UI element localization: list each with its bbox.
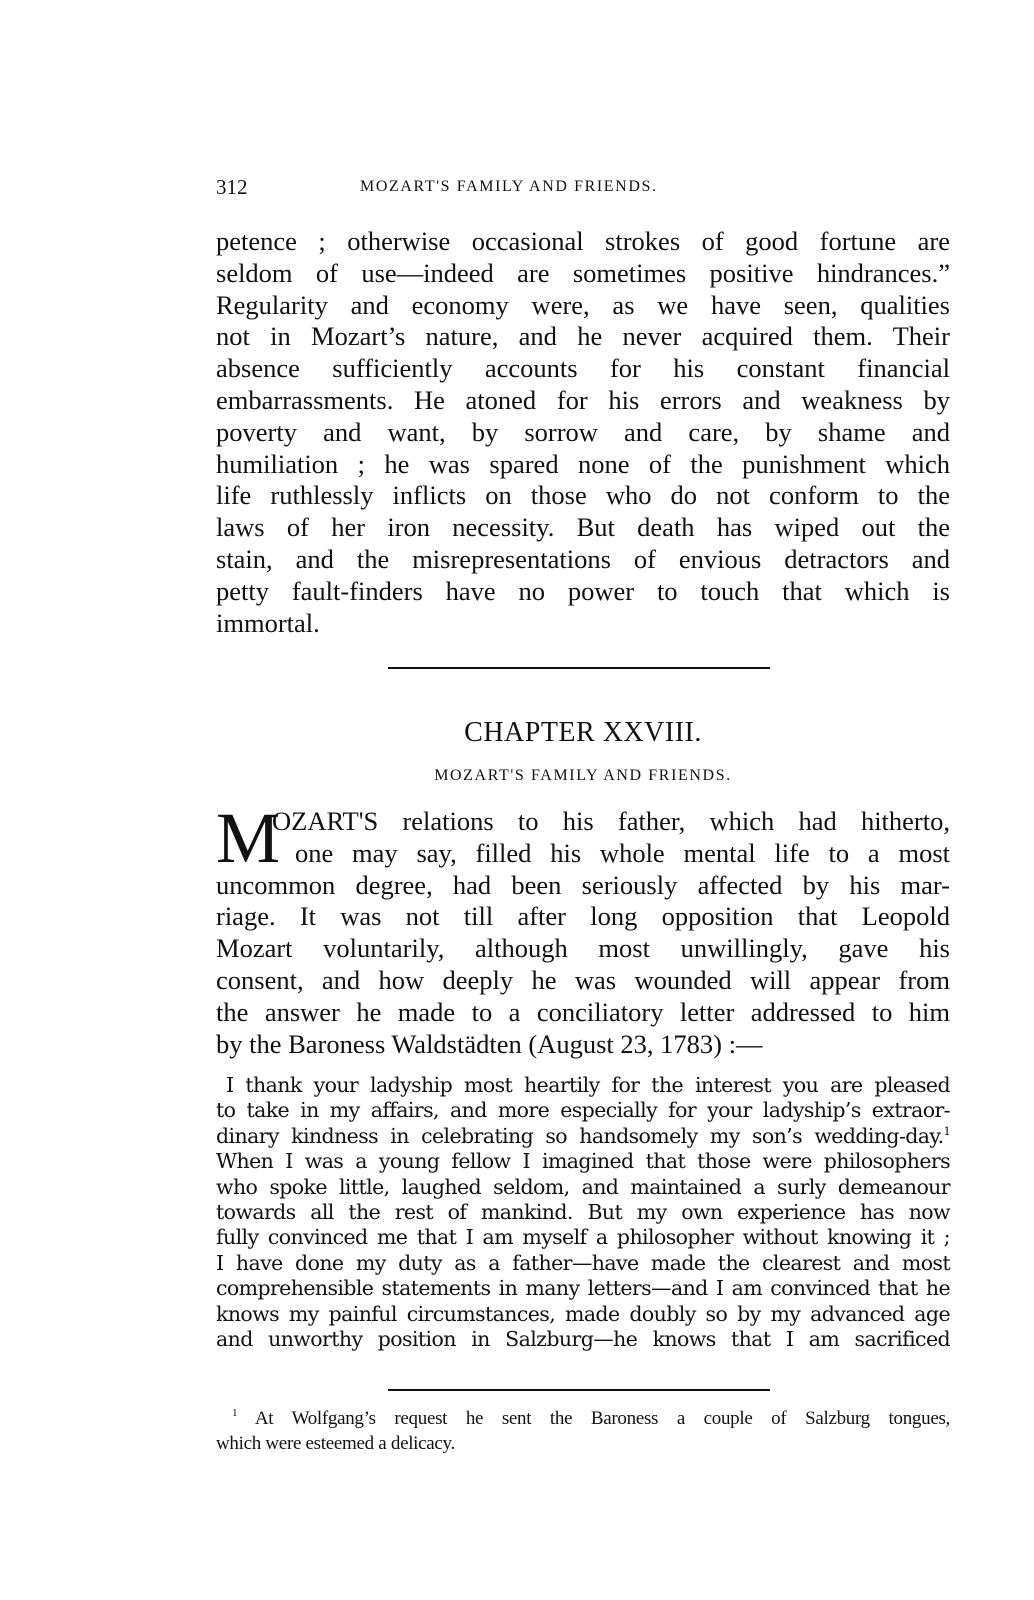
text-line: embarrassments. He atoned for his errors… xyxy=(216,385,950,417)
drop-cap: M xyxy=(216,808,280,870)
footnote-line: which were esteemed a delicacy. xyxy=(216,1431,950,1456)
text-line: one may say, filled his whole mental lif… xyxy=(216,838,950,870)
text-line: by the Baroness Waldstädten (August 23, … xyxy=(216,1029,950,1061)
text-line: I have done my duty as a father—have mad… xyxy=(216,1251,950,1276)
text-line: uncommon degree, had been seriously affe… xyxy=(216,870,950,902)
page-number: 312 xyxy=(216,175,248,200)
text-line: OZART'S relations to his father, which h… xyxy=(216,806,950,838)
block-quote-letter: I thank your ladyship most heartily for … xyxy=(216,1073,950,1352)
text-line: to take in my affairs, and more especial… xyxy=(216,1098,950,1123)
text-line: fully convinced me that I am myself a ph… xyxy=(216,1225,950,1250)
text-line: life ruthlessly inflicts on those who do… xyxy=(216,480,950,512)
text-line: poverty and want, by sorrow and care, by… xyxy=(216,417,950,449)
footnote: 1 At Wolfgang’s request he sent the Baro… xyxy=(216,1406,950,1456)
text-line: laws of her iron necessity. But death ha… xyxy=(216,512,950,544)
text-line: comprehensible statements in many letter… xyxy=(216,1276,950,1301)
text-line: petence ; otherwise occasional strokes o… xyxy=(216,226,950,258)
paragraph-continued: petence ; otherwise occasional strokes o… xyxy=(216,226,950,639)
text-line: riage. It was not till after long opposi… xyxy=(216,901,950,933)
footnote-reference[interactable]: 1 xyxy=(944,1125,950,1138)
chapter-opening-paragraph: M OZART'S relations to his father, which… xyxy=(216,806,950,1060)
text-span: At Wolfgang’s request he sent the Barone… xyxy=(255,1408,950,1429)
text-span: dinary kindness in celebrating so handso… xyxy=(216,1124,944,1148)
text-line: I thank your ladyship most heartily for … xyxy=(216,1073,950,1098)
text-line: towards all the rest of mankind. But my … xyxy=(216,1200,950,1225)
footnote-marker: 1 xyxy=(232,1407,237,1419)
chapter-subtitle: MOZART'S FAMILY AND FRIENDS. xyxy=(216,767,950,785)
chapter-heading: CHAPTER XXVIII. xyxy=(216,717,950,749)
footnote-line: 1 At Wolfgang’s request he sent the Baro… xyxy=(216,1406,950,1431)
footnote-divider-rule xyxy=(388,1389,770,1391)
text-line: the answer he made to a conciliatory let… xyxy=(216,997,950,1029)
text-line: who spoke little, laughed seldom, and ma… xyxy=(216,1175,950,1200)
running-title: MOZART'S FAMILY AND FRIENDS. xyxy=(360,178,658,196)
text-line: not in Mozart’s nature, and he never acq… xyxy=(216,321,950,353)
text-line: immortal. xyxy=(216,608,950,640)
text-line: knows my painful circumstances, made dou… xyxy=(216,1302,950,1327)
text-line: When I was a young fellow I imagined tha… xyxy=(216,1149,950,1174)
text-line: absence sufficiently accounts for his co… xyxy=(216,353,950,385)
text-line: seldom of use—indeed are sometimes posit… xyxy=(216,258,950,290)
text-line: Regularity and economy were, as we have … xyxy=(216,290,950,322)
text-line-with-footnote: dinary kindness in celebrating so handso… xyxy=(216,1124,950,1149)
text-line: humiliation ; he was spared none of the … xyxy=(216,449,950,481)
text-line: stain, and the misrepresentations of env… xyxy=(216,544,950,576)
chapter-divider-rule xyxy=(388,667,770,669)
text-line: and unworthy position in Salzburg—he kno… xyxy=(216,1327,950,1352)
running-head: 312 MOZART'S FAMILY AND FRIENDS. xyxy=(216,170,950,200)
text-line: consent, and how deeply he was wounded w… xyxy=(216,965,950,997)
text-line: petty fault-finders have no power to tou… xyxy=(216,576,950,608)
text-line: Mozart voluntarily, although most unwill… xyxy=(216,933,950,965)
book-page: 312 MOZART'S FAMILY AND FRIENDS. petence… xyxy=(216,170,950,200)
